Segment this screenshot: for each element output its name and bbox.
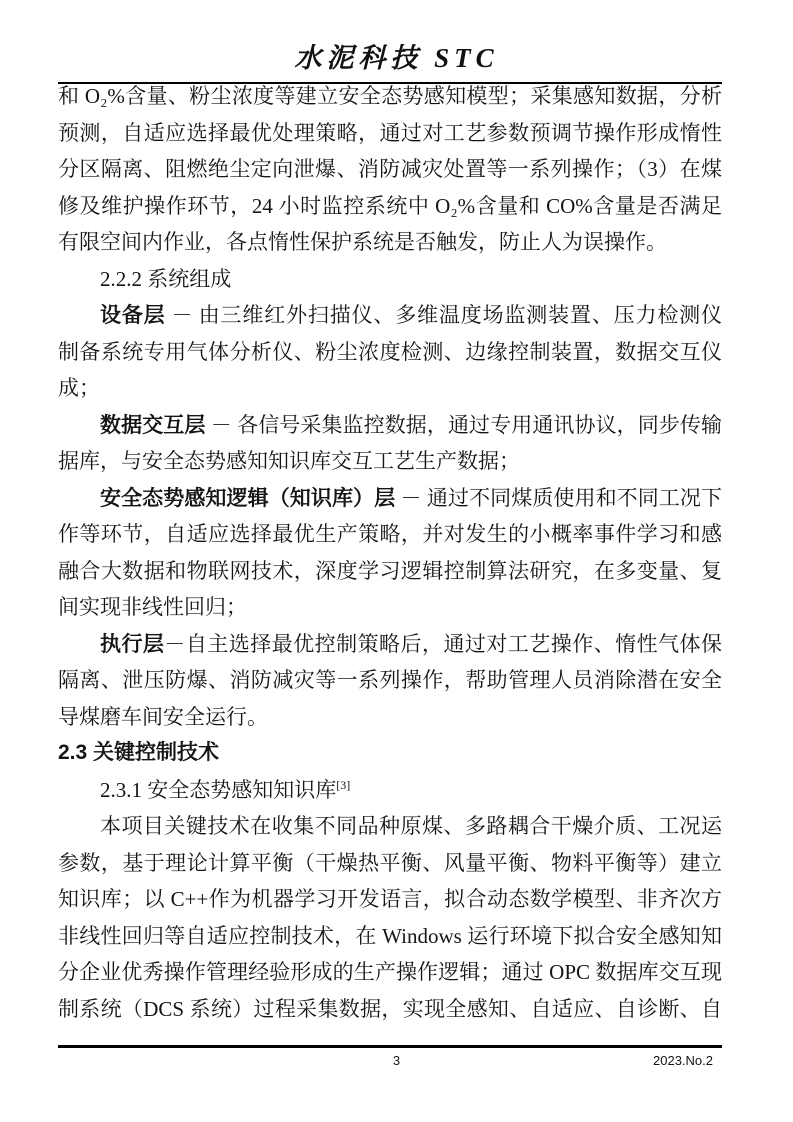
body-line: 分区隔离、阻燃绝尘定向泄爆、消防减灾处置等一系列操作；（3）在煤粉制备检	[58, 151, 722, 188]
body-line: 知识库；以 C++作为机器学习开发语言，拟合动态数学模型、非齐次方程求解、	[58, 881, 722, 918]
body-line: 数据交互层 － 各信号采集监控数据，通过专用通讯协议，同步传输 OPC 数	[58, 407, 722, 444]
body-line: 制备系统专用气体分析仪、粉尘浓度检测、边缘控制装置，数据交互仪等硬件组	[58, 334, 722, 371]
body-text-block: 和 O₂%含量、粉尘浓度等建立安全态势感知模型；采集感知数据，分析趋势变化并 预…	[58, 78, 722, 1027]
subsection-heading-2-2-2: 2.2.2 系统组成	[58, 261, 722, 298]
term-lead-device-layer: 设备层	[100, 304, 166, 327]
term-lead-data-exchange-layer: 数据交互层	[100, 414, 205, 437]
subsection-heading-text: 2.3.1 安全态势感知知识库	[100, 778, 336, 802]
body-line: 和 O₂%含量、粉尘浓度等建立安全态势感知模型；采集感知数据，分析趋势变化并	[58, 78, 722, 115]
citation-reference: [3]	[336, 778, 350, 792]
body-line: 设备层 － 由三维红外扫描仪、多维温度场监测装置、压力检测仪表、煤粉	[58, 297, 722, 334]
body-line: 成；	[58, 370, 722, 407]
body-line: 作等环节，自适应选择最优生产策略，并对发生的小概率事件学习和感知，基于	[58, 516, 722, 553]
body-line: 导煤磨车间安全运行。	[58, 699, 722, 736]
body-line: 非线性回归等自适应控制技术，在 Windows 运行环境下拟合安全感知知识库及部	[58, 918, 722, 955]
body-line-text: － 由三维红外扫描仪、多维温度场监测装置、压力检测仪表、煤粉	[100, 303, 722, 334]
document-page: 水泥科技 STC 和 O₂%含量、粉尘浓度等建立安全态势感知模型；采集感知数据，…	[0, 0, 793, 1122]
body-line: 修及维护操作环节，24 小时监控系统中 O₂%含量和 CO%含量是否满足作业人员…	[58, 188, 722, 225]
body-line: 分企业优秀操作管理经验形成的生产操作逻辑；通过 OPC 数据库交互现场工业控	[58, 954, 722, 991]
body-line: 据库，与安全态势感知知识库交互工艺生产数据；	[58, 443, 722, 480]
body-line: 本项目关键技术在收集不同品种原煤、多路耦合干燥介质、工况运行氛围等	[58, 808, 722, 845]
journal-header-title: 水泥科技 STC	[0, 36, 793, 75]
body-line: 安全态势感知逻辑（知识库）层 － 通过不同煤质使用和不同工况下安全操	[58, 480, 722, 517]
body-line: 执行层－自主选择最优控制策略后，通过对工艺操作、惰性气体保护、区域	[58, 626, 722, 663]
issue-number: 2023.No.2	[653, 1053, 713, 1068]
body-line: 有限空间内作业，各点惰性保护系统是否触发，防止人为误操作。	[58, 224, 722, 261]
footer-rule	[58, 1045, 722, 1048]
body-line-text: －自主选择最优控制策略后，通过对工艺操作、惰性气体保护、区域	[100, 632, 722, 663]
body-line: 制系统（DCS 系统）过程采集数据，实现全感知、自适应、自诊断、自学习、安	[58, 991, 722, 1028]
subsection-heading-2-3-1: 2.3.1 安全态势感知知识库[3]	[58, 772, 722, 809]
body-line: 参数，基于理论计算平衡（干燥热平衡、风量平衡、物料平衡等）建立安全感知	[58, 845, 722, 882]
term-lead-execution-layer: 执行层	[100, 633, 164, 656]
body-line: 间实现非线性回归；	[58, 589, 722, 626]
body-line: 隔离、泄压防爆、消防减灾等一系列操作，帮助管理人员消除潜在安全隐患，指	[58, 662, 722, 699]
section-heading-2-3: 2.3 关键控制技术	[58, 735, 722, 772]
body-line: 预测，自适应选择最优处理策略，通过对工艺参数预调节操作形成惰性保护氛围、	[58, 115, 722, 152]
body-line: 融合大数据和物联网技术，深度学习逻辑控制算法研究，在多变量、复杂因子之	[58, 553, 722, 590]
term-lead-knowledge-layer: 安全态势感知逻辑（知识库）层	[100, 487, 395, 510]
